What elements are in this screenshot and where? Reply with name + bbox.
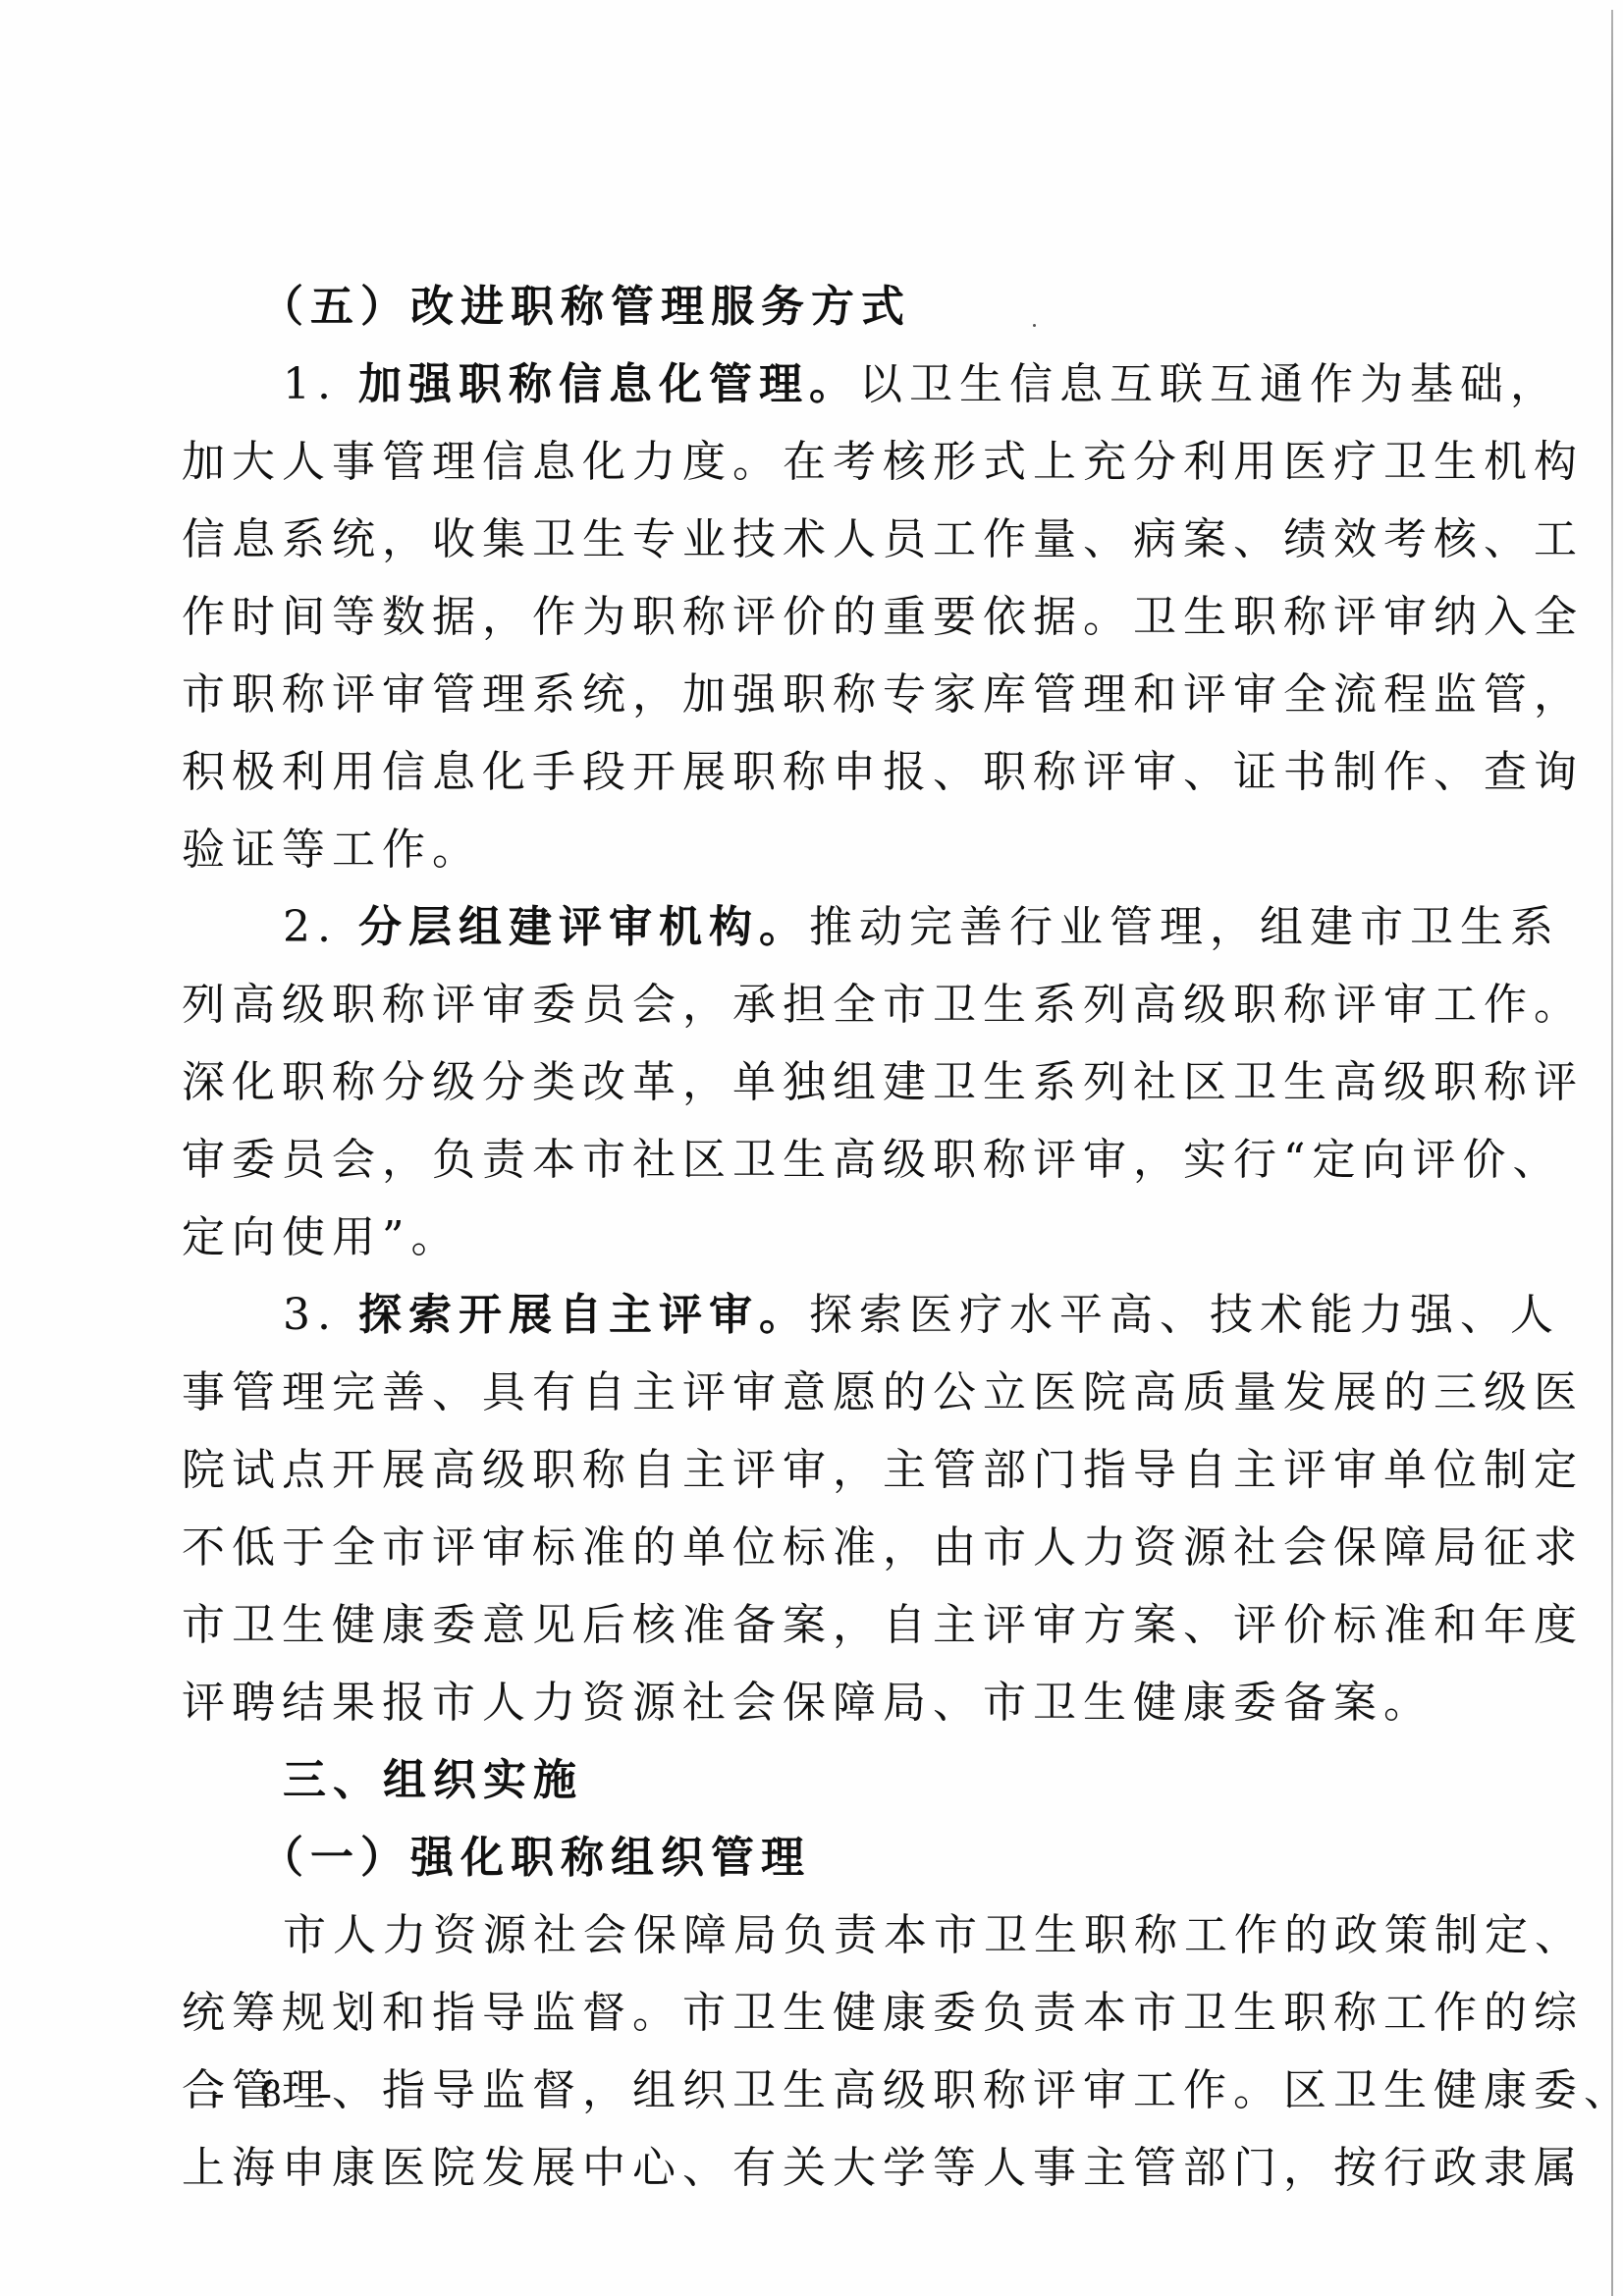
paragraph-line: 验证等工作。: [182, 811, 1399, 888]
paragraph-line: 列高级职称评审委员会，承担全市卫生系列高级职称评审工作。: [182, 966, 1399, 1043]
paragraph-line: 上海申康医院发展中心、有关大学等人事主管部门，按行政隶属: [182, 2129, 1399, 2207]
item-1-text: 以卫生信息互联互通作为基础，: [859, 359, 1560, 409]
item-2-text: 推动完善行业管理，组建市卫生系: [809, 902, 1560, 952]
paragraph-line: 院试点开展高级职称自主评审，主管部门指导自主评审单位制定: [182, 1431, 1399, 1509]
item-3-text: 探索医疗水平高、技术能力强、人: [809, 1290, 1560, 1340]
item-1-title: 加强职称信息化管理。: [358, 359, 859, 409]
paragraph-line: 积极利用信息化手段开展职称申报、职称评审、证书制作、查询: [182, 733, 1399, 811]
paragraph-line: 事管理完善、具有自主评审意愿的公立医院高质量发展的三级医: [182, 1354, 1399, 1431]
paragraph-line: 市人力资源社会保障局负责本市卫生职称工作的政策制定、: [182, 1896, 1399, 1974]
paragraph-line: 不低于全市评审标准的单位标准，由市人力资源社会保障局征求: [182, 1509, 1399, 1586]
section-heading-5: （五）改进职称管理服务方式: [182, 268, 1399, 346]
item-3-title: 探索开展自主评审。: [358, 1290, 809, 1340]
paragraph-line: 评聘结果报市人力资源社会保障局、市卫生健康委备案。: [182, 1664, 1399, 1741]
paragraph-line: 加大人事管理信息化力度。在考核形式上充分利用医疗卫生机构: [182, 423, 1399, 501]
paragraph-line: 统筹规划和指导监督。市卫生健康委负责本市卫生职称工作的综: [182, 1974, 1399, 2052]
paragraph-line: 信息系统，收集卫生专业技术人员工作量、病案、绩效考核、工: [182, 501, 1399, 578]
section-heading-3-1: （一）强化职称组织管理: [182, 1819, 1399, 1896]
item-2-number: 2.: [283, 902, 338, 952]
part-3-heading: 三、组织实施: [182, 1741, 1399, 1819]
paragraph-line: 合管理、指导监督，组织卫生高级职称评审工作。区卫生健康委、: [182, 2052, 1399, 2129]
item-2-title: 分层组建评审机构。: [358, 902, 809, 952]
scan-edge-line: [1611, 10, 1613, 2296]
paragraph-line: 深化职称分级分类改革，单独组建卫生系列社区卫生高级职称评: [182, 1043, 1399, 1121]
item-1-number: 1.: [283, 359, 338, 409]
item-3-first-line: 3. 探索开展自主评审。探索医疗水平高、技术能力强、人: [182, 1276, 1399, 1354]
item-3-number: 3.: [283, 1290, 338, 1340]
document-page: （五）改进职称管理服务方式 1. 加强职称信息化管理。以卫生信息互联互通作为基础…: [0, 0, 1623, 2296]
item-2-first-line: 2. 分层组建评审机构。推动完善行业管理，组建市卫生系: [182, 888, 1399, 966]
paragraph-line: 市卫生健康委意见后核准备案，自主评审方案、评价标准和年度: [182, 1586, 1399, 1664]
paragraph-line: 作时间等数据，作为职称评价的重要依据。卫生职称评审纳入全: [182, 578, 1399, 656]
document-body: （五）改进职称管理服务方式 1. 加强职称信息化管理。以卫生信息互联互通作为基础…: [182, 268, 1399, 2207]
item-1-first-line: 1. 加强职称信息化管理。以卫生信息互联互通作为基础，: [182, 346, 1399, 423]
paragraph-line: 审委员会，负责本市社区卫生高级职称评审，实行“定向评价、: [182, 1121, 1399, 1199]
paragraph-line: 定向使用”。: [182, 1199, 1399, 1276]
paragraph-line: 市职称评审管理系统，加强职称专家库管理和评审全流程监管，: [182, 656, 1399, 733]
page-number: - 8 -: [211, 2069, 346, 2115]
